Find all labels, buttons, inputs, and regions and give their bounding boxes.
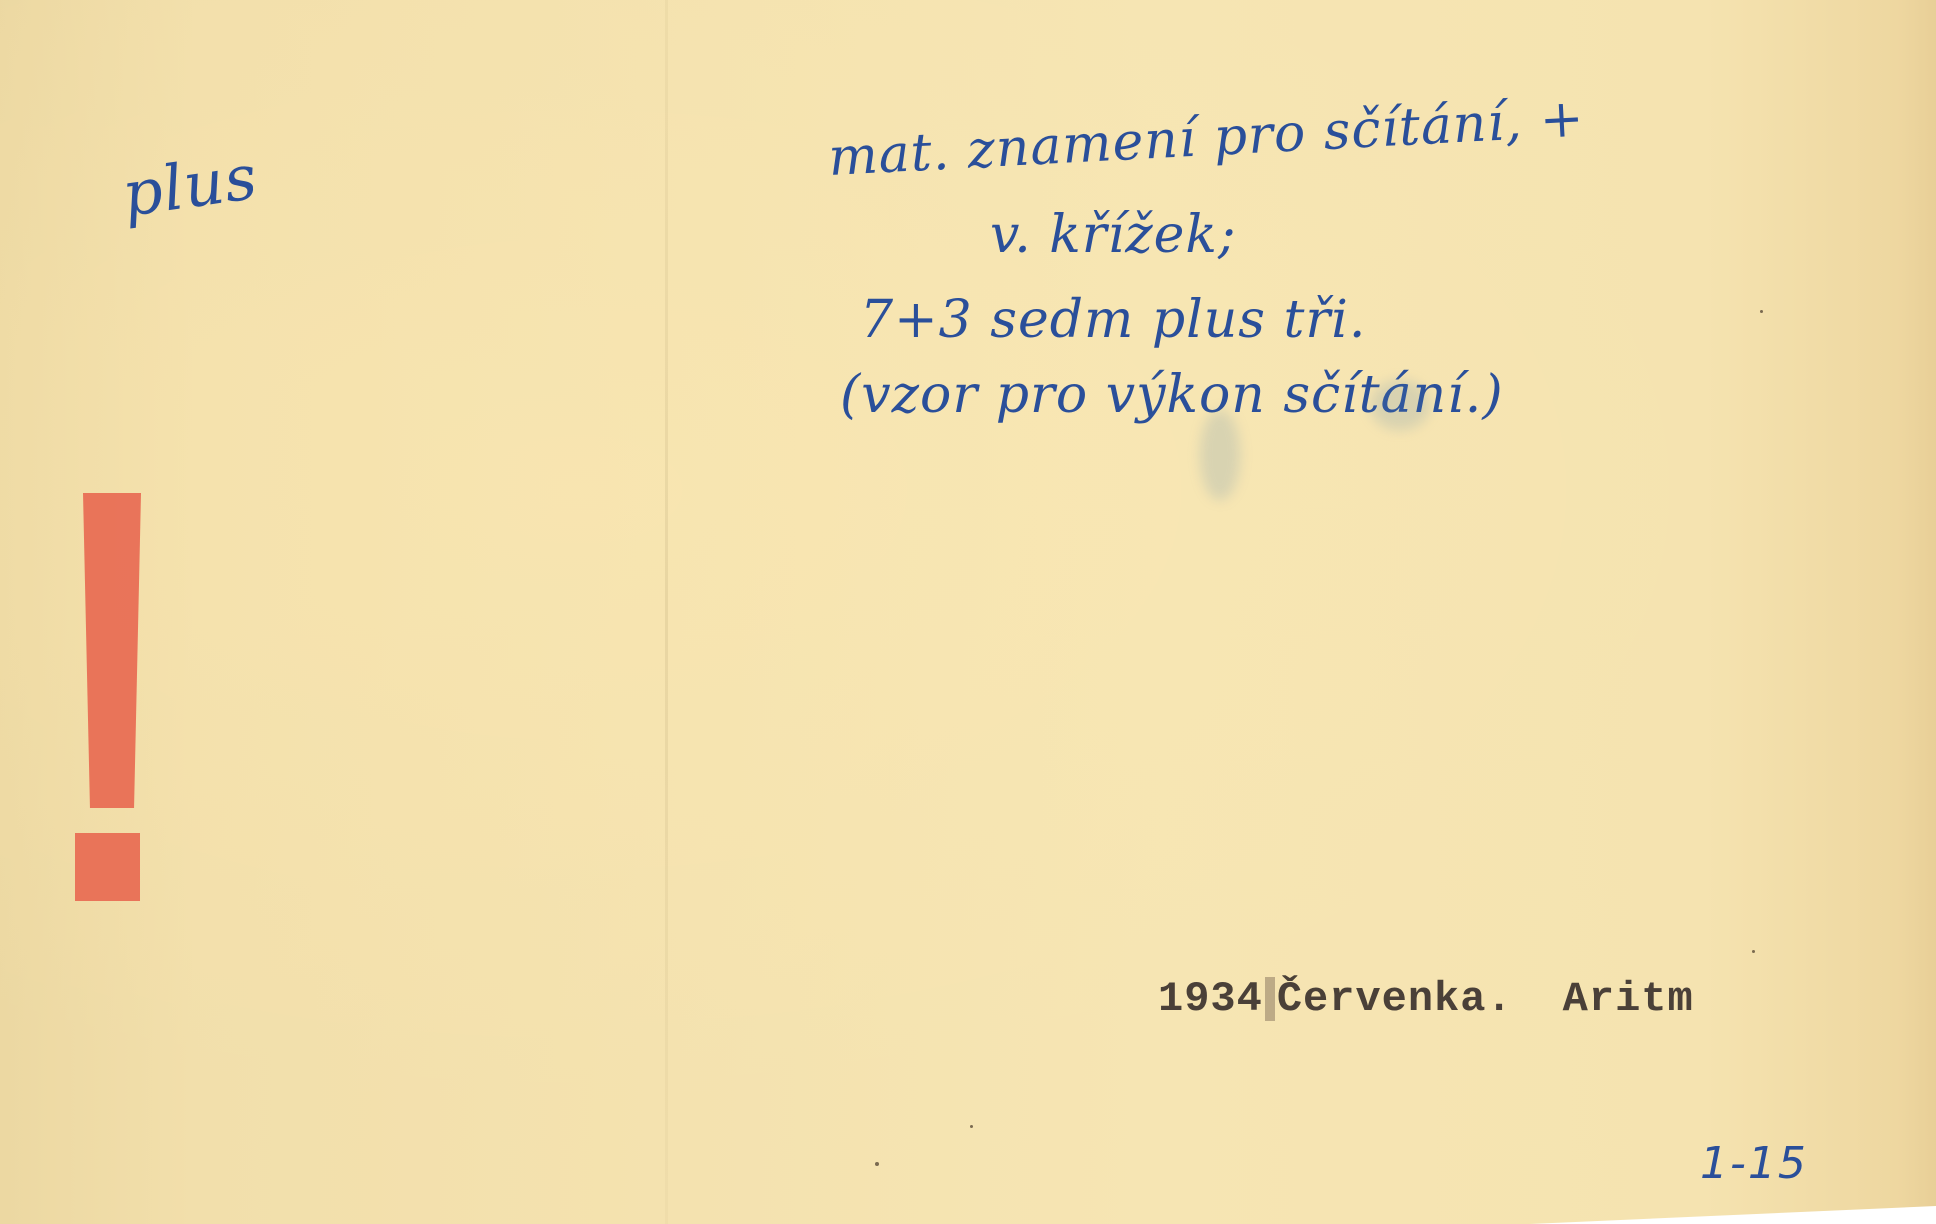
paper-speck	[1760, 310, 1763, 313]
source-work: Aritm	[1563, 975, 1694, 1023]
source-year: 1934	[1158, 975, 1263, 1023]
headword: plus	[118, 140, 262, 231]
exclamation-stamp-dot	[75, 833, 140, 901]
definition-line-2: v. křížek;	[990, 205, 1236, 265]
paper-fold-line	[665, 0, 668, 1224]
ink-smudge	[1200, 410, 1240, 500]
correction-mark	[1265, 977, 1275, 1021]
definition-line-1: mat. znamení pro sčítání, +	[827, 88, 1586, 188]
paper-speck	[875, 1162, 879, 1166]
card-number: 1-15	[1700, 1138, 1808, 1189]
paper-speck	[1752, 950, 1755, 953]
paper-speck	[970, 1125, 973, 1128]
source-citation: 1934Červenka.Aritm	[1158, 975, 1694, 1023]
exclamation-stamp-bar	[83, 493, 141, 808]
ink-smudge	[1370, 380, 1430, 430]
source-author: Červenka.	[1277, 975, 1513, 1023]
index-card: plus mat. znamení pro sčítání, + v. kříž…	[0, 0, 1936, 1224]
definition-line-3: 7+3 sedm plus tři.	[860, 290, 1366, 350]
